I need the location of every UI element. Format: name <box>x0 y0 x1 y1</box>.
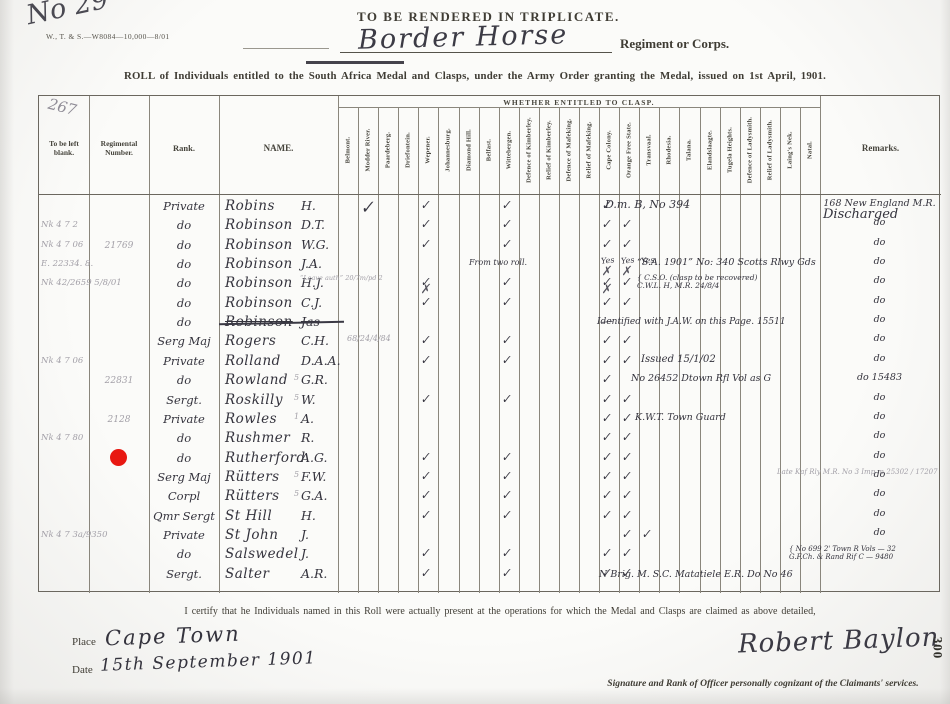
clasp-tick: ✓ <box>600 236 611 251</box>
clasp-header-label: Driefontein. <box>405 132 412 168</box>
clasp-header-label: Wepener. <box>425 136 432 164</box>
clasp-header-cell: Laing's Nek. <box>780 107 800 194</box>
clasp-tick: ✓ <box>620 294 631 309</box>
row-remark: do <box>822 257 937 267</box>
clasp-header-label: Belfast. <box>485 139 492 161</box>
row-surname: Rowland <box>225 372 288 388</box>
red-dot-marker <box>110 449 127 466</box>
table-row: doRutherfordA.G.✓✓✓✓do <box>39 450 941 469</box>
clasp-header-cell: Natal. <box>800 107 820 194</box>
clasp-header-cell: Tugela Heights. <box>720 107 740 194</box>
medal-roll-table: WHETHER ENTITLED TO CLASP.To be left bla… <box>38 95 940 592</box>
row-annotation: 5 <box>294 471 306 479</box>
clasp-tick: ✓ <box>620 236 631 251</box>
row-surname: Rütters <box>225 488 280 504</box>
row-surname: Robinson <box>225 256 293 272</box>
clasp-header-cell: Defence of Ladysmith. <box>740 107 760 194</box>
row-rank: Corpl <box>149 489 219 503</box>
table-row: doRobinsonC.J.✓✓✓✓do <box>39 295 941 314</box>
clasp-tick: ✓ <box>620 449 631 464</box>
row-remark: do <box>822 509 937 519</box>
roll-title-line: ROLL of Individuals entitled to the Sout… <box>60 70 890 82</box>
row-rank: do <box>149 276 219 290</box>
clasp-tick: ✓ <box>620 410 631 425</box>
row-remark: do <box>822 451 937 461</box>
clasp-tick: ✓ <box>420 236 431 251</box>
clasp-tick: ✓ <box>420 488 431 503</box>
table-row: Nk 4 7 80doRushmerR.✓✓do <box>39 430 941 449</box>
officer-signature-handwritten: Robert Baylon <box>738 622 940 659</box>
clasp-header-label: Relief of Ladysmith. <box>766 120 773 181</box>
clasp-tick: ✓ <box>600 546 611 561</box>
clasp-tick: ✓ <box>500 507 511 522</box>
clasp-header-cell: Belfast. <box>479 107 499 194</box>
table-header-blank: To be left blank. <box>39 108 89 188</box>
clasp-header-label: Laing's Nek. <box>786 132 793 169</box>
row-surname: Robins <box>225 198 275 214</box>
row-remark: do 15483 <box>822 373 937 383</box>
row-initials: D.T. <box>301 217 325 232</box>
clasp-tick: ✓ <box>600 217 611 232</box>
clasp-header-cell: Defence of Mafeking. <box>559 107 579 194</box>
table-row: Sergt.SalterA.R.✓✓✓✓N Brig. M. S.C. Mata… <box>39 566 941 585</box>
row-rank: do <box>149 373 219 387</box>
table-header-regimental-number: Regimental Number. <box>89 108 149 188</box>
row-initials: C.H. <box>301 333 329 348</box>
clasp-tick: ✓ <box>420 391 431 406</box>
row-annotation: D.m. B, No 394 <box>605 199 765 211</box>
table-row: Nk 4 7 0621769doRobinsonW.G.✓✓✓✓do <box>39 237 941 256</box>
clasp-header-cell: Wittebergen. <box>499 107 519 194</box>
row-remark: do <box>822 354 937 364</box>
row-blank-note: Nk 4 7 80 <box>41 433 159 443</box>
clasp-header-label: Natal. <box>806 141 813 159</box>
clasp-tick: ✓ <box>620 275 631 290</box>
row-initials: D.A.A. <box>301 353 341 368</box>
row-annotation: 5 <box>294 374 306 382</box>
roll-number-handwritten: No 29 <box>24 0 111 31</box>
clasp-tick: ✓ <box>420 507 431 522</box>
table-header-rank: Rank. <box>149 108 219 188</box>
clasp-tick: ✓ <box>500 275 511 290</box>
regiment-underline <box>340 52 612 53</box>
row-rank: Private <box>149 528 219 542</box>
table-header-remarks: Remarks. <box>820 108 941 188</box>
clasp-tick: ✓ <box>620 217 631 232</box>
clasp-tick: ✓ <box>500 294 511 309</box>
row-blank-note: Nk 4 7 2 <box>41 220 159 230</box>
table-row: doRobinsonJas—Identified with J.A.W. on … <box>39 314 941 333</box>
row-remark: do <box>822 470 937 480</box>
clasp-header-cell: Driefontein. <box>398 107 418 194</box>
scanned-medal-roll-page: No 29 W., T. & S.—W8084—10,000—8/01 TO B… <box>0 0 950 704</box>
clasp-tick: ✓ <box>620 468 631 483</box>
clasp-header-cell: Cape Colony. <box>599 107 619 194</box>
clasp-tick: ✓ <box>420 449 431 464</box>
row-rank: do <box>149 547 219 561</box>
row-remark: do <box>822 296 937 306</box>
clasp-tick: ✓ <box>420 198 431 213</box>
row-remark: do <box>822 528 937 538</box>
table-row: Qmr SergtSt HillH.✓✓✓✓do <box>39 508 941 527</box>
row-surname: Robinson <box>225 275 293 291</box>
clasp-header-label: Orange Free State. <box>626 122 633 178</box>
place-label: Place <box>72 636 96 648</box>
clasp-tick: ✓ <box>500 352 511 367</box>
row-surname: Salswedel <box>225 546 299 562</box>
row-initials: A.R. <box>301 566 327 581</box>
form-code: W., T. & S.—W8084—10,000—8/01 <box>46 32 170 41</box>
clasp-tick: ✓ <box>620 352 631 367</box>
row-surname: St John <box>225 527 278 543</box>
clasp-header-cell: Diamond Hill. <box>459 107 479 194</box>
clasp-tick: ✓ <box>600 352 611 367</box>
clasp-header-label: Belmont. <box>345 137 352 164</box>
clasp-tick: ✓ <box>500 468 511 483</box>
table-row: 2128PrivateRowlesA.✓✓1K.W.T. Town Guardd… <box>39 411 941 430</box>
row-remark: do <box>822 393 937 403</box>
row-initials: R. <box>301 430 314 445</box>
place-value-handwritten: Cape Town <box>105 622 241 651</box>
clasp-header-cell: Relief of Ladysmith. <box>760 107 780 194</box>
row-rank: Private <box>149 412 219 426</box>
row-annotation: 5 <box>294 394 306 402</box>
clasp-header-label: Wittebergen. <box>505 131 512 170</box>
row-initials: J. <box>301 546 309 561</box>
clasp-tick: ✓ <box>600 372 611 387</box>
clasp-header-cell: Relief of Mafeking. <box>579 107 599 194</box>
row-remark: 168 New England M.R. <box>822 199 937 209</box>
table-row: Nk 4 7 3a/9350PrivateSt JohnJ.✓✓do <box>39 527 941 546</box>
row-rank: Serg Maj <box>149 334 219 348</box>
clasp-tick: ✓ <box>620 333 631 348</box>
row-blank-note: Nk 42/2659 5/8/01 <box>41 278 159 288</box>
row-blank-note: E. 22334. 8. <box>41 259 159 269</box>
clasp-tick: ✓ <box>500 449 511 464</box>
row-rank: Sergt. <box>149 393 219 407</box>
table-row: Nk 42/2659 5/8/01doRobinsonH.J.✓✗✓✓✗✓“Le… <box>39 275 941 294</box>
page-number-stamp: 300 <box>929 637 945 660</box>
row-rank: Private <box>149 199 219 213</box>
clasp-tick: ✓ <box>600 468 611 483</box>
clasp-header-cell: Wepener. <box>418 107 438 194</box>
clasp-tick: ✓ <box>600 449 611 464</box>
regiment-label: Regiment or Corps. <box>620 36 729 52</box>
clasp-tick: ✓ <box>620 507 631 522</box>
clasp-header-label: Relief of Kimberley. <box>545 120 552 180</box>
clasp-header-label: Rhodesia. <box>666 136 673 165</box>
row-remark: do <box>822 489 937 499</box>
table-row: Nk 4 7 06PrivateRollandD.A.A.✓✓✓✓Issued … <box>39 353 941 372</box>
clasp-header-cell: Modder River. <box>358 107 378 194</box>
clasp-header-label: Elandslaagte. <box>706 130 713 170</box>
clasp-tick: ✓ <box>500 391 511 406</box>
clasp-header-label: Diamond Hill. <box>465 129 472 171</box>
table-row: doSalswedelJ.✓✓✓✓{ No 699 2' Town R Vols… <box>39 546 941 565</box>
certify-statement: I certify that he Individuals named in t… <box>120 606 880 617</box>
clasp-tick: ✓ <box>420 546 431 561</box>
row-annotation: From two roll. <box>469 259 561 267</box>
row-rank: do <box>149 451 219 465</box>
clasp-tick: ✓ <box>420 468 431 483</box>
clasp-tick: ✓ <box>620 488 631 503</box>
table-row: PrivateRobinsH.✓✓✓✓D.m. B, No 394Dischar… <box>39 198 941 217</box>
row-initials: J. <box>301 527 309 542</box>
clasp-tick: ✓ <box>620 546 631 561</box>
clasp-band-header: WHETHER ENTITLED TO CLASP. <box>338 97 820 107</box>
clasp-header-cell: Rhodesia. <box>659 107 679 194</box>
clasp-header-cell: Talana. <box>679 107 699 194</box>
row-surname: Rutherford <box>225 450 306 466</box>
clasp-tick: ✓ <box>500 217 511 232</box>
row-rank: do <box>149 315 219 329</box>
row-rank: do <box>149 238 219 252</box>
row-remark: do <box>822 412 937 422</box>
regiment-lead-line <box>243 48 329 49</box>
clasp-tick: ✓ <box>500 488 511 503</box>
row-rank: Serg Maj <box>149 470 219 484</box>
row-surname: Robinson <box>225 217 293 233</box>
row-regimental-number: 21769 <box>89 241 149 251</box>
row-surname: St Hill <box>225 508 272 524</box>
row-surname: Rogers <box>225 333 276 349</box>
header-bottom-rule <box>39 194 941 195</box>
clasp-tick: ✓ <box>600 507 611 522</box>
clasp-header-label: Modder River. <box>365 129 372 172</box>
row-remark: do <box>822 334 937 344</box>
clasp-tick: ✓ <box>500 546 511 561</box>
clasp-header-label: Relief of Mafeking. <box>586 122 593 179</box>
row-rank: Sergt. <box>149 567 219 581</box>
row-annotation: 5 <box>294 490 306 498</box>
row-rank: do <box>149 218 219 232</box>
clasp-header-label: Paardeberg. <box>385 132 392 168</box>
row-annotation: N Brig. M. S.C. Matatiele E.R. Do No 46 <box>599 570 889 580</box>
row-surname: Rushmer <box>225 430 290 446</box>
clasp-tick: ✓ <box>600 294 611 309</box>
table-header-name: NAME. <box>219 108 338 188</box>
row-remark: do <box>822 431 937 441</box>
clasp-tick: ✓ <box>359 197 375 218</box>
clasp-tick: ✓ <box>600 391 611 406</box>
row-annotation: 1 <box>294 413 306 421</box>
clasp-header-label: Defence of Kimberley. <box>525 117 532 183</box>
row-annotation: No 26452 Dtown Rfl Vol as G <box>631 374 849 384</box>
clasp-tick: ✓ <box>600 333 611 348</box>
row-initials: J.A. <box>301 256 322 271</box>
row-remark: do <box>822 238 937 248</box>
clasp-tick: ✓ <box>620 526 631 541</box>
row-initials: C.J. <box>301 295 322 310</box>
row-rank: Qmr Sergt <box>149 509 219 523</box>
row-surname: Robinson <box>225 237 293 253</box>
table-row: Serg MajRüttersF.W.✓✓✓✓5Late Kaf Rly M.R… <box>39 469 941 488</box>
row-annotation: Identified with J.A.W. on this Page. 155… <box>597 318 849 327</box>
clasp-tick: ✓ <box>420 352 431 367</box>
clasp-header-label: Johannesburg. <box>445 128 452 172</box>
row-remark: do <box>822 276 937 286</box>
date-value-handwritten: 15th September 1901 <box>100 648 317 676</box>
clasp-tick: ✓ <box>620 430 631 445</box>
clasp-tick: ✓ <box>500 565 511 580</box>
row-initials: H. <box>301 508 316 523</box>
row-rank: do <box>149 257 219 271</box>
signature-caption: Signature and Rank of Officer personally… <box>598 678 928 689</box>
clasp-tick: ✓ <box>420 294 431 309</box>
row-regimental-number: 22831 <box>89 376 149 386</box>
clasp-tick: ✓ <box>641 526 652 541</box>
row-surname: Rolland <box>225 353 281 369</box>
title-rule <box>306 61 404 64</box>
clasp-header-cell: Transvaal. <box>639 107 659 194</box>
row-annotation: 68/24/4/84 <box>347 335 432 343</box>
row-initials: H. <box>301 198 316 213</box>
clasp-tick: ✓ <box>620 391 631 406</box>
row-surname: Rütters <box>225 469 280 485</box>
clasp-header-cell: Relief of Kimberley. <box>539 107 559 194</box>
row-initials: W.G. <box>301 237 329 252</box>
row-remark: do <box>822 315 937 325</box>
date-label: Date <box>72 664 93 676</box>
clasp-header-cell: Paardeberg. <box>378 107 398 194</box>
clasp-tick: ✓ <box>600 430 611 445</box>
clasp-tick: ✓ <box>500 198 511 213</box>
row-annotation: Issued 15/1/02 <box>641 355 753 366</box>
clasp-header-cell: Elandslaagte. <box>700 107 720 194</box>
clasp-header-cell: Johannesburg. <box>438 107 458 194</box>
clasp-header-label: Transvaal. <box>646 135 653 166</box>
table-row: Nk 4 7 2doRobinsonD.T.✓✓✓✓do <box>39 217 941 236</box>
clasp-header-cell: Belmont. <box>338 107 358 194</box>
regiment-name-handwritten: Border Horse <box>358 19 569 55</box>
row-rank: do <box>149 431 219 445</box>
row-rank: Private <box>149 354 219 368</box>
row-rank: do <box>149 296 219 310</box>
row-regimental-number: 2128 <box>89 415 149 425</box>
clasp-header-label: Cape Colony. <box>606 130 613 170</box>
row-surname: Robinson <box>225 295 293 311</box>
clasp-tick: ✓ <box>420 565 431 580</box>
clasp-header-label: Defence of Mafeking. <box>565 119 572 182</box>
clasp-header-label: Talana. <box>686 139 693 161</box>
clasp-tick: ✓ <box>500 333 511 348</box>
clasp-tick: ✓ <box>500 236 511 251</box>
row-surname: Salter <box>225 566 269 582</box>
table-row: E. 22334. 8.doRobinsonJ.A.YesYesYes✗✗Fro… <box>39 256 941 275</box>
row-annotation: { No 699 2' Town R Vols — 32 G.F.Ch. & R… <box>789 546 944 561</box>
table-row: Sergt.RoskillyW.✓✓✓✓5do <box>39 392 941 411</box>
table-row: Serg MajRogersC.H.✓✓✓✓68/24/4/84do <box>39 333 941 352</box>
row-blank-note: Nk 4 7 06 <box>41 356 159 366</box>
clasp-tick: ✓ <box>600 488 611 503</box>
table-row: 22831doRowlandG.R.✓5No 26452 Dtown Rfl V… <box>39 372 941 391</box>
clasp-header-label: Tugela Heights. <box>726 127 733 173</box>
clasp-tick: ✓ <box>420 217 431 232</box>
clasp-header-cell: Defence of Kimberley. <box>519 107 539 194</box>
row-annotation: K.W.T. Town Guard <box>635 413 795 423</box>
clasp-tick: ✓ <box>600 410 611 425</box>
row-annotation: “Leave auth” 20/7m/pd 2 <box>300 275 396 282</box>
table-row: CorplRüttersG.A.✓✓✓✓5do <box>39 488 941 507</box>
row-blank-note: Nk 4 7 3a/9350 <box>41 530 159 540</box>
row-remark: do <box>822 218 937 228</box>
row-initials: A.G. <box>301 450 328 465</box>
clasp-header-cell: Orange Free State. <box>619 107 639 194</box>
row-surname: Rowles <box>225 411 277 427</box>
clasp-header-label: Defence of Ladysmith. <box>746 117 753 183</box>
row-annotation: { C.S.O. (clasp to be recovered) C.W.L. … <box>637 274 852 290</box>
row-surname: Roskilly <box>225 392 283 408</box>
